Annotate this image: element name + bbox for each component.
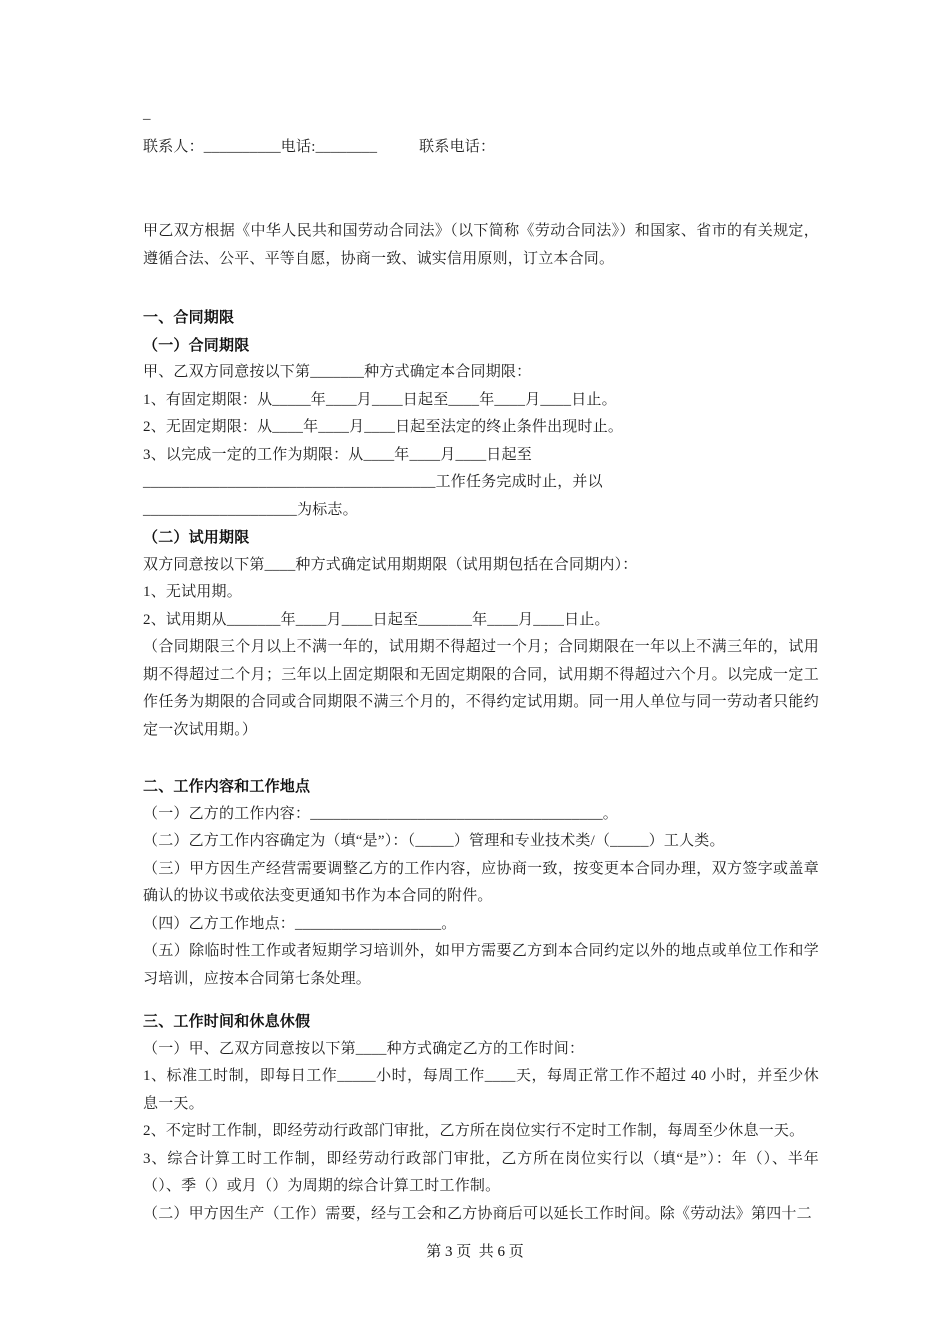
- section2-clause4-work-location: （四）乙方工作地点：___________________。: [143, 911, 819, 939]
- section1-sub2-title: （二）试用期限: [143, 524, 819, 552]
- section1-sub2-no-probation: 1、无试用期。: [143, 579, 819, 607]
- section1-clause-task-term-cont1: ______________________________________工作…: [143, 469, 819, 497]
- section1-sub1-title: （一）合同期限: [143, 332, 819, 360]
- section3-clause1-comprehensive-hours: 3、综合计算工时工作制，即经劳动行政部门审批，乙方所在岗位实行以（填“是”）：年…: [143, 1146, 819, 1201]
- section1-clause-fixed-term: 1、有固定期限：从_____年____月____日起至____年____月___…: [143, 387, 819, 415]
- top-dash: –: [143, 0, 819, 134]
- section2-clause3-adjustment: （三）甲方因生产经营需要调整乙方的工作内容，应协商一致，按变更本合同办理，双方签…: [143, 856, 819, 911]
- section3-clause1-intro: （一）甲、乙双方同意按以下第____种方式确定乙方的工作时间：: [143, 1036, 819, 1064]
- contact-person-field: 联系人：__________电话:________: [143, 139, 377, 155]
- section2-clause1-work-content: （一）乙方的工作内容：_____________________________…: [143, 801, 819, 829]
- section3-clause2-overtime: （二）甲方因生产（工作）需要，经与工会和乙方协商后可以延长工作时间。除《劳动法》…: [143, 1201, 819, 1229]
- section1-sub2-note: （合同期限三个月以上不满一年的，试用期不得超过一个月；合同期限在一年以上不满三年…: [143, 634, 819, 744]
- section1-sub2-intro: 双方同意按以下第____种方式确定试用期期限（试用期包括在合同期内）：: [143, 552, 819, 580]
- preamble-paragraph: 甲乙双方根据《中华人民共和国劳动合同法》（以下简称《劳动合同法》）和国家、省市的…: [143, 218, 819, 273]
- contract-document-page: – 联系人：__________电话:________联系电话： 甲乙双方根据《…: [0, 0, 950, 1344]
- document-content: – 联系人：__________电话:________联系电话： 甲乙双方根据《…: [143, 0, 819, 1228]
- section3-title: 三、工作时间和休息休假: [143, 1008, 819, 1036]
- section3-clause1-standard-hours: 1、标准工时制，即每日工作_____小时，每周工作____天，每周正常工作不超过…: [143, 1063, 819, 1118]
- section2-clause5-other-location: （五）除临时性工作或者短期学习培训外，如甲方需要乙方到本合同约定以外的地点或单位…: [143, 938, 819, 993]
- contact-line: 联系人：__________电话:________联系电话：: [143, 134, 819, 162]
- section1-title: 一、合同期限: [143, 304, 819, 332]
- section2-title: 二、工作内容和工作地点: [143, 773, 819, 801]
- section1-clause-task-term-cont2: ____________________为标志。: [143, 497, 819, 525]
- section1-sub1-intro: 甲、乙双方同意按以下第_______种方式确定本合同期限：: [143, 359, 819, 387]
- section1-sub2-probation-dates: 2、试用期从_______年____月____日起至_______年____月_…: [143, 607, 819, 635]
- section1-clause-task-term: 3、以完成一定的工作为期限：从____年____月____日起至: [143, 442, 819, 470]
- page-number-footer: 第 3 页 共 6 页: [0, 1242, 950, 1262]
- section3-clause1-flexible-hours: 2、不定时工作制，即经劳动行政部门审批，乙方所在岗位实行不定时工作制，每周至少休…: [143, 1118, 819, 1146]
- contact-phone-label: 联系电话：: [419, 139, 495, 155]
- section1-clause-open-term: 2、无固定期限：从____年____月____日起至法定的终止条件出现时止。: [143, 414, 819, 442]
- section2-clause2-work-category: （二）乙方工作内容确定为（填“是”）：（_____）管理和专业技术类/（____…: [143, 828, 819, 856]
